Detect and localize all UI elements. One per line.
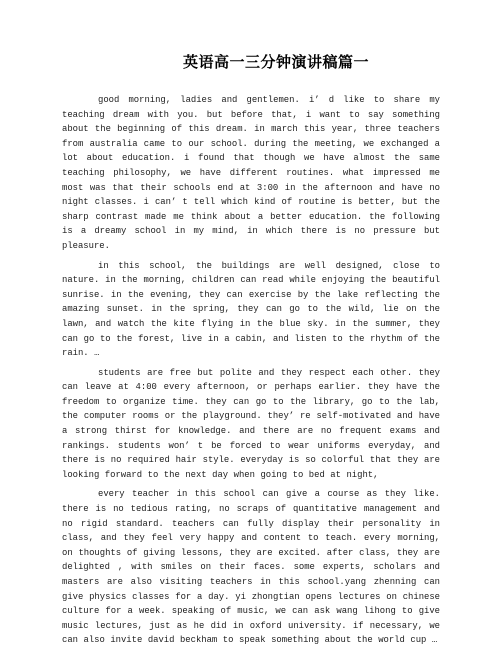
paragraph-teachers: every teacher in this school can give a … bbox=[62, 487, 440, 648]
paragraph-school-buildings: in this school, the buildings are well d… bbox=[62, 259, 440, 361]
paragraph-intro: good morning, ladies and gentlemen. i’ d… bbox=[62, 93, 440, 254]
document-title: 英语高一三分钟演讲稿篇一 bbox=[87, 55, 465, 71]
paragraph-students: students are free but polite and they re… bbox=[62, 366, 440, 483]
document-page: 英语高一三分钟演讲稿篇一 good morning, ladies and ge… bbox=[0, 0, 502, 649]
